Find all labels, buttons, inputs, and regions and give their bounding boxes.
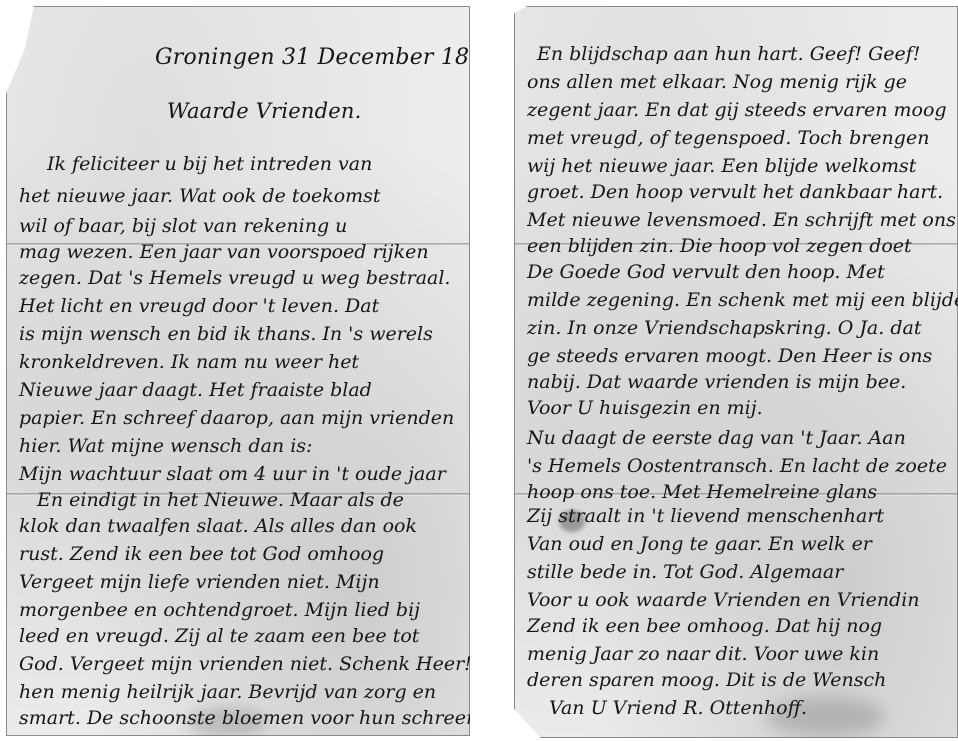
letter-line: leed en vreugd. Zij al te zaam een bee t… <box>19 627 419 646</box>
letter-line: met vreugd, of tegenspoed. Toch brengen <box>527 129 929 148</box>
letter-line: mag wezen. Een jaar van voorspoed rijken <box>19 243 429 262</box>
letter-line: hoop ons toe. Met Hemelreine glans <box>527 483 877 502</box>
letter-line: zegen. Dat 's Hemels vreugd u weg bestra… <box>19 269 450 288</box>
letter-line: De Goede God vervult den hoop. Met <box>527 263 885 282</box>
letter-line: Mijn wachtuur slaat om 4 uur in 't oude … <box>19 465 446 484</box>
letter-line: klok dan twaalfen slaat. Als alles dan o… <box>19 517 417 536</box>
letter-line: Nu daagt de eerste dag van 't Jaar. Aan <box>527 429 906 448</box>
letter-line: Zend ik een bee omhoog. Dat hij nog <box>527 617 882 636</box>
letter-line: ge steeds ervaren moogt. Den Heer is ons <box>527 347 932 366</box>
letter-line: Vergeet mijn liefe vrienden niet. Mijn <box>19 573 380 592</box>
letter-line: zegent jaar. En dat gij steeds ervaren m… <box>527 101 947 120</box>
letter-place-date: Groningen 31 December 1894 <box>155 45 498 70</box>
letter-line: morgenbee en ochtendgroet. Mijn lied bij <box>19 601 420 620</box>
letter-line: Voor U huisgezin en mij. <box>527 399 763 418</box>
letter-line: En blijdschap aan hun hart. Geef! Geef! <box>537 45 920 64</box>
letter-line: milde zegening. En schenk met mij een bl… <box>527 291 958 310</box>
letter-line: papier. En schreef daarop, aan mijn vrie… <box>19 409 454 428</box>
letter-line: smart. De schoonste bloemen voor hun sch… <box>19 709 484 728</box>
letter-line: zin. In onze Vriendschapskring. O Ja. da… <box>527 319 921 338</box>
letter-salutation: Waarde Vrienden. <box>167 99 362 123</box>
letter-line: Ik feliciteer u bij het intreden van <box>47 155 372 174</box>
letter-line: 's Hemels Oostentransch. En lacht de zoe… <box>527 457 947 476</box>
letter-line: Van oud en Jong te gaar. En welk er <box>527 535 872 554</box>
letter-line: Het licht en vreugd door 't leven. Dat <box>19 297 379 316</box>
letter-line: deren sparen moog. Dit is de Wensch <box>527 671 886 690</box>
letter-page-right: En blijdschap aan hun hart. Geef! Geef! … <box>514 6 958 738</box>
letter-line: menig Jaar zo naar dit. Voor uwe kin <box>527 645 879 664</box>
letter-line: hen menig heilrijk jaar. Bevrijd van zor… <box>19 683 436 702</box>
letter-line: God. Vergeet mijn vrienden niet. Schenk … <box>19 655 472 674</box>
letter-line: is mijn wensch en bid ik thans. In 's we… <box>19 325 433 344</box>
letter-line: En eindigt in het Nieuwe. Maar als de <box>37 491 404 510</box>
letter-page-left: Groningen 31 December 1894 Waarde Vriend… <box>6 6 470 736</box>
letter-line: Met nieuwe levensmoed. En schrijft met o… <box>527 211 956 230</box>
letter-line: rust. Zend ik een bee tot God omhoog <box>19 545 384 564</box>
letter-line: wij het nieuwe jaar. Een blijde welkomst <box>527 157 916 176</box>
letter-line: het nieuwe jaar. Wat ook de toekomst <box>19 187 381 206</box>
letter-line: ons allen met elkaar. Nog menig rijk ge <box>527 73 907 92</box>
letter-signature-line: Van U Vriend R. Ottenhoff. <box>549 699 807 718</box>
letter-line: Voor u ook waarde Vrienden en Vriendin <box>527 591 920 610</box>
letter-line: kronkeldreven. Ik nam nu weer het <box>19 353 359 372</box>
letter-line: groet. Den hoop vervult het dankbaar har… <box>527 183 943 202</box>
letter-line: nabij. Dat waarde vrienden is mijn bee. <box>527 373 906 392</box>
letter-line: Zij straalt in 't lievend menschenhart <box>527 507 884 526</box>
letter-line: wil of baar, bij slot van rekening u <box>19 217 347 236</box>
letter-line: Nieuwe jaar daagt. Het fraaiste blad <box>19 381 372 400</box>
letter-line: stille bede in. Tot God. Algemaar <box>527 563 843 582</box>
letter-line: hier. Wat mijne wensch dan is: <box>19 437 312 456</box>
letter-line: een blijden zin. Die hoop vol zegen doet <box>527 237 912 256</box>
